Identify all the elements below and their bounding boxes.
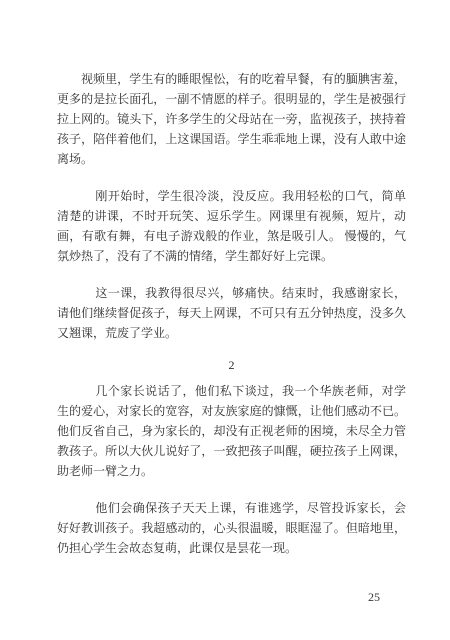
paragraph-4: 几个家长说话了，他们私下谈过，我一个华族老师，对学生的爱心，对家长的宽容，对友族… (57, 381, 406, 481)
paragraph-3: 这一课，我教得很尽兴，够痛快。结束时，我感谢家长，请他们继续督促孩子，每天上网课… (57, 283, 406, 343)
page-number: 25 (368, 590, 380, 604)
paragraph-2: 刚开始时，学生很冷淡，没反应。我用轻松的口气，简单清楚的讲课，不时开玩笑、逗乐学… (57, 186, 406, 266)
page-content: 视频里，学生有的睡眼惺忪，有的吃着早餐，有的腼腆害羞，更多的是拉长面孔，一副不情… (57, 69, 406, 575)
paragraph-5: 他们会确保孩子天天上课，有谁逃学，尽管投诉家长，会好好教训孩子。我超感动的，心头… (57, 498, 406, 558)
paragraph-1: 视频里，学生有的睡眼惺忪，有的吃着早餐，有的腼腆害羞，更多的是拉长面孔，一副不情… (57, 69, 406, 169)
section-number: 2 (57, 355, 406, 375)
document-page: 视频里，学生有的睡眼惺忪，有的吃着早餐，有的腼腆害羞，更多的是拉长面孔，一副不情… (0, 0, 450, 640)
